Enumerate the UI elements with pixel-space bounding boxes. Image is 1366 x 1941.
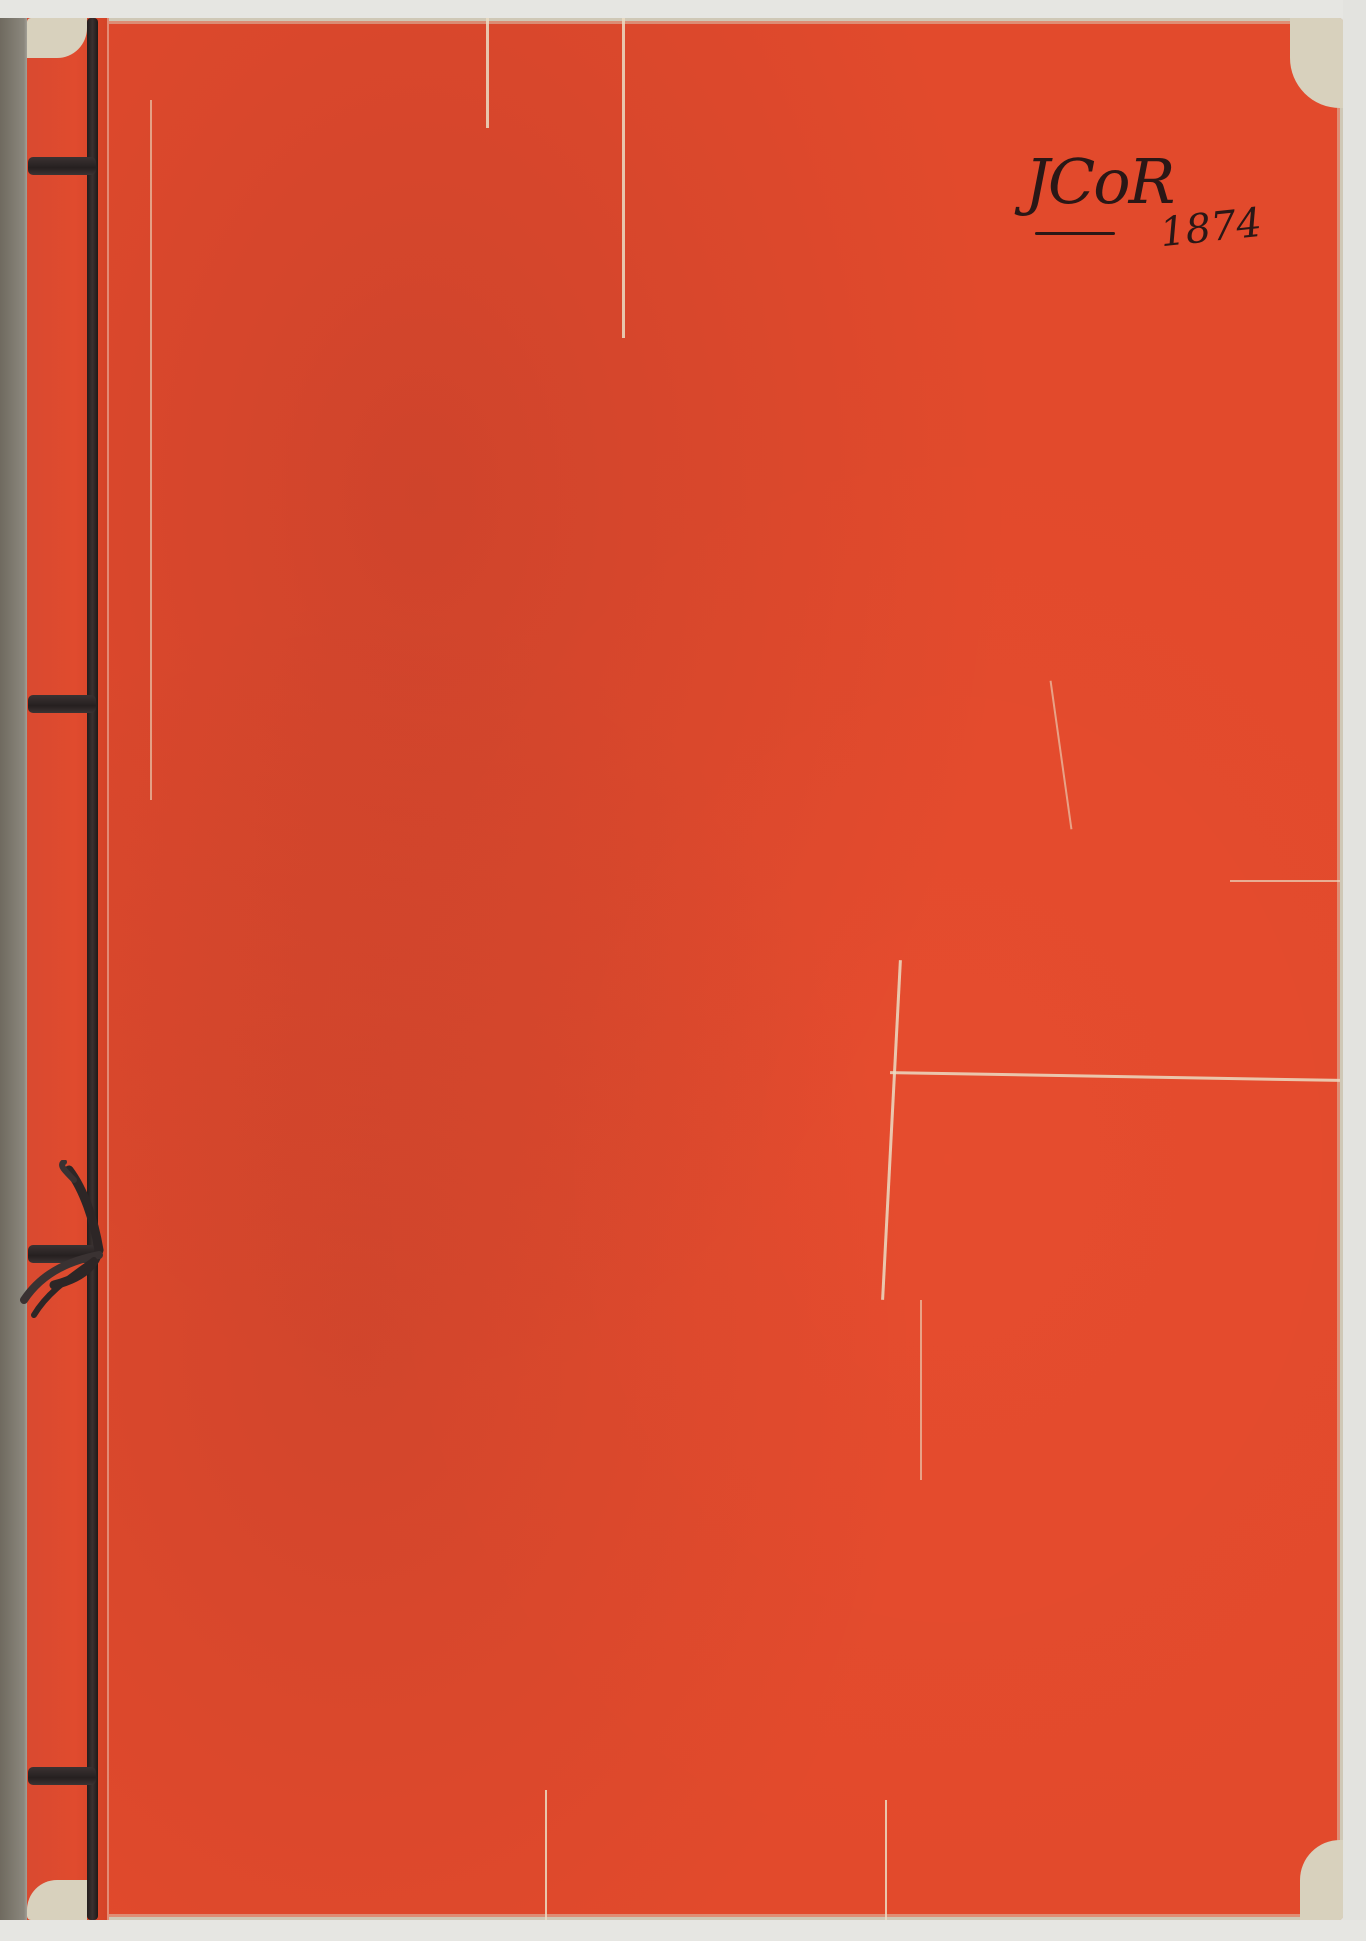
crack-bottom-1 <box>545 1790 547 1920</box>
binding-thread-vertical <box>87 18 98 1920</box>
crack-vertical-2 <box>622 18 625 338</box>
background-right <box>1343 0 1366 1941</box>
inscription-initials: JCoR <box>1025 145 1173 218</box>
crack-bottom-2 <box>885 1800 887 1920</box>
binding-stitch-top <box>28 157 96 175</box>
crack-vertical-left <box>150 100 152 800</box>
binding-knot-icon <box>14 1160 114 1320</box>
binding-stitch-bottom <box>28 1767 96 1785</box>
book-cover <box>27 18 1343 1920</box>
inscription-year: 1874 <box>1158 200 1264 256</box>
binding-stitch-upper-middle <box>28 695 96 713</box>
background-bottom <box>0 1920 1366 1941</box>
background-top <box>0 0 1366 18</box>
crack-right-edge <box>1230 880 1340 882</box>
inscription-underline <box>1035 232 1115 235</box>
handwritten-inscription: JCoR 1874 <box>985 135 1265 275</box>
crack-vertical-lower <box>920 1300 922 1480</box>
crack-vertical-1 <box>486 18 489 128</box>
